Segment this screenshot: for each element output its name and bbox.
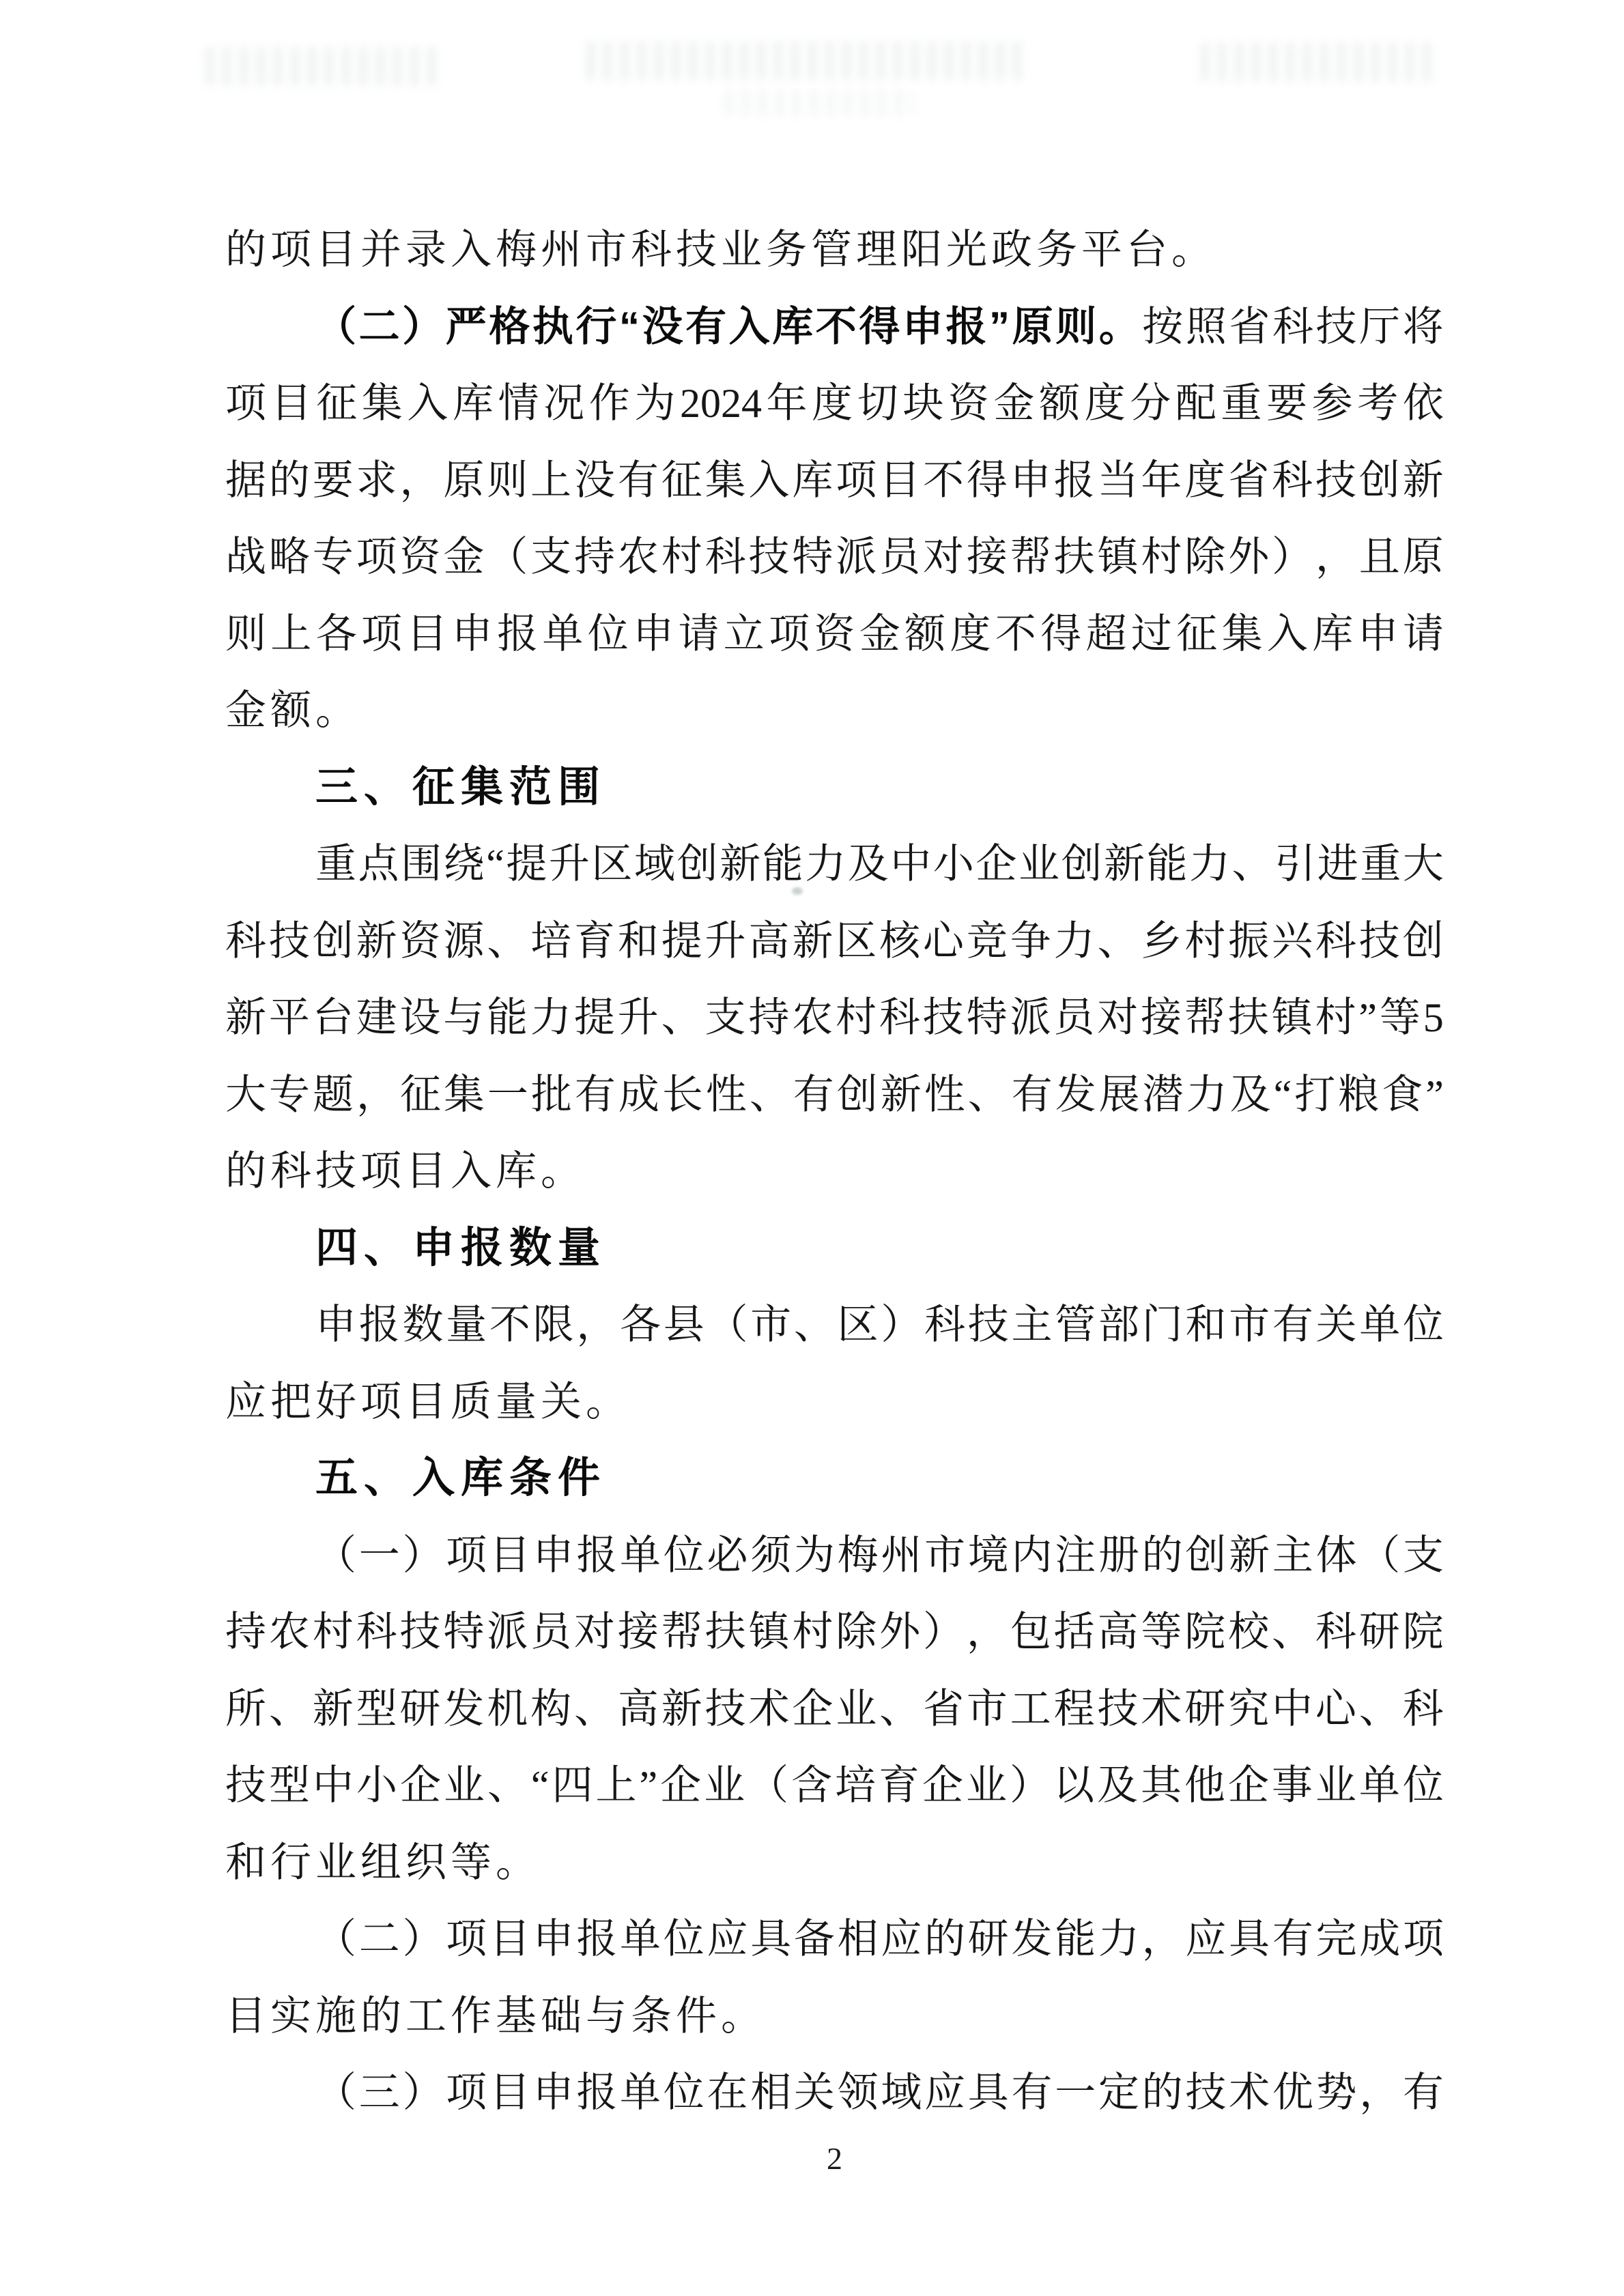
text-line: 金额。 bbox=[225, 672, 1444, 749]
document-body: 的项目并录入梅州市科技业务管理阳光政务平台。（二）严格执行“没有入库不得申报”原… bbox=[225, 212, 1444, 2132]
scanned-document-page: 的项目并录入梅州市科技业务管理阳光政务平台。（二）严格执行“没有入库不得申报”原… bbox=[0, 0, 1624, 2296]
scan-artifact bbox=[724, 90, 915, 116]
text-line: 大专题，征集一批有成长性、有创新性、有发展潜力及“打粮食” bbox=[225, 1057, 1444, 1134]
text-line: 应把好项目质量关。 bbox=[225, 1364, 1444, 1441]
text-line: 所、新型研发机构、高新技术企业、省市工程技术研究中心、科 bbox=[225, 1671, 1444, 1748]
text-line: 持农村科技特派员对接帮扶镇村除外），包括高等院校、科研院 bbox=[225, 1594, 1444, 1671]
text-line: 重点围绕“提升区域创新能力及中小企业创新能力、引进重大 bbox=[225, 826, 1444, 903]
section-heading: 四、申报数量 bbox=[225, 1210, 1444, 1287]
scan-artifact bbox=[1200, 42, 1439, 82]
page-number: 2 bbox=[225, 2140, 1444, 2177]
scan-artifact bbox=[586, 41, 1024, 81]
text-line: （二）项目申报单位应具备相应的研发能力，应具有完成项 bbox=[225, 1901, 1444, 1978]
text-line: 据的要求，原则上没有征集入库项目不得申报当年度省科技创新 bbox=[225, 442, 1444, 519]
text-line: 新平台建设与能力提升、支持农村科技特派员对接帮扶镇村”等5 bbox=[225, 979, 1444, 1057]
text-line: 项目征集入库情况作为2024年度切块资金额度分配重要参考依 bbox=[225, 365, 1444, 442]
text-line: 技型中小企业、“四上”企业（含培育企业）以及其他企事业单位 bbox=[225, 1747, 1444, 1824]
text-line: （三）项目申报单位在相关领域应具有一定的技术优势，有 bbox=[225, 2054, 1444, 2132]
text-line: 的项目并录入梅州市科技业务管理阳光政务平台。 bbox=[225, 212, 1444, 289]
text-line: 则上各项目申报单位申请立项资金额度不得超过征集入库申请 bbox=[225, 596, 1444, 673]
text-line: 战略专项资金（支持农村科技特派员对接帮扶镇村除外），且原 bbox=[225, 519, 1444, 596]
section-heading: 三、征集范围 bbox=[225, 749, 1444, 827]
text-line: （二）严格执行“没有入库不得申报”原则。按照省科技厅将 bbox=[225, 289, 1444, 366]
text-line: 目实施的工作基础与条件。 bbox=[225, 1978, 1444, 2055]
text-line: 和行业组织等。 bbox=[225, 1824, 1444, 1902]
scan-artifact bbox=[205, 46, 444, 86]
section-heading: 五、入库条件 bbox=[225, 1440, 1444, 1517]
text-line: （一）项目申报单位必须为梅州市境内注册的创新主体（支 bbox=[225, 1517, 1444, 1594]
text-line: 的科技项目入库。 bbox=[225, 1133, 1444, 1210]
text-line: 科技创新资源、培育和提升高新区核心竞争力、乡村振兴科技创 bbox=[225, 903, 1444, 980]
text-line: 申报数量不限，各县（市、区）科技主管部门和市有关单位 bbox=[225, 1287, 1444, 1364]
